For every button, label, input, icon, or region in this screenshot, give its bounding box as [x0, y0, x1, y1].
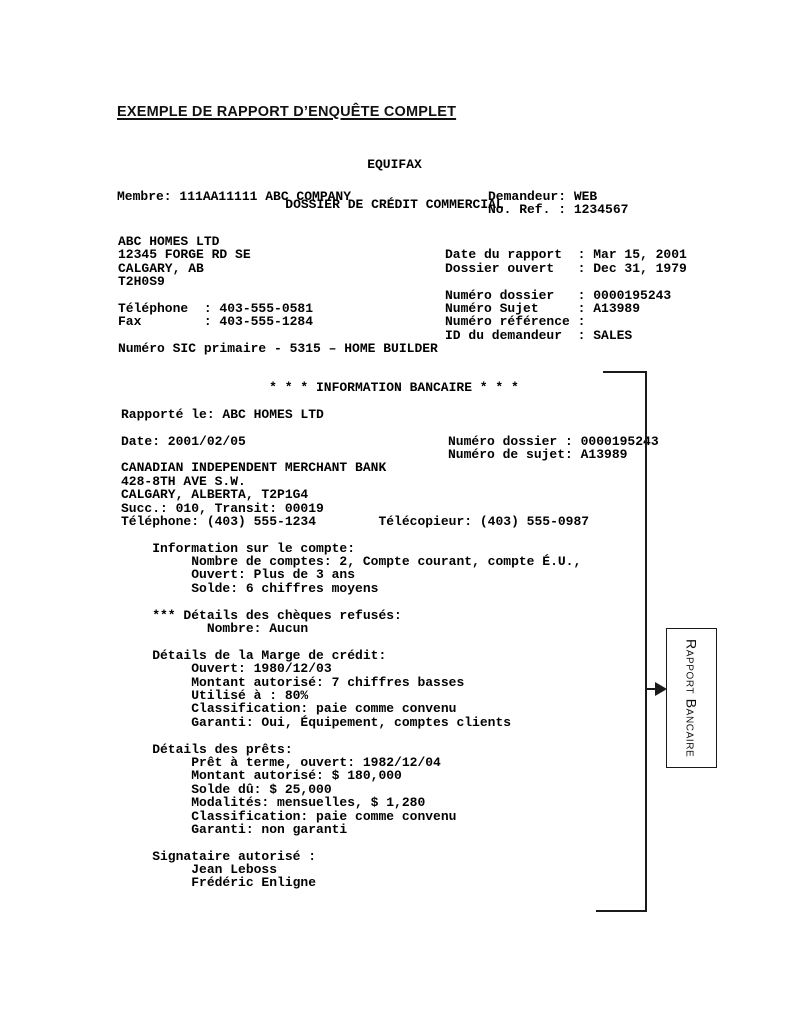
doc-line: Garanti: non garanti [121, 823, 667, 836]
doc-line-left: Ouvert: 1980/12/03 [121, 662, 332, 675]
doc-line-left: Utilisé à : 80% [121, 689, 308, 702]
doc-line-left: Montant autorisé: $ 180,000 [121, 769, 402, 782]
doc-line-left: T2H0S9 [118, 275, 165, 288]
doc-line: CANADIAN INDEPENDENT MERCHANT BANK [121, 461, 667, 474]
doc-line: Nombre: Aucun [121, 622, 667, 635]
doc-line-left: Téléphone : 403-555-0581 [118, 302, 313, 315]
doc-line: Solde dû: $ 25,000 [121, 783, 667, 796]
doc-line-right: Numéro référence : [445, 315, 585, 328]
doc-line-left: Détails de la Marge de crédit: [121, 649, 386, 662]
doc-line-left: Prêt à terme, ouvert: 1982/12/04 [121, 756, 441, 769]
doc-line: Ouvert: 1980/12/03 [121, 662, 667, 675]
doc-line-right: Numéro dossier : 0000195243 [445, 289, 671, 302]
doc-line-left: Solde dû: $ 25,000 [121, 783, 332, 796]
doc-line: Détails des prêts: [121, 743, 667, 756]
bracket-line-bottom [596, 910, 647, 912]
doc-line-left: Ouvert: Plus de 3 ans [121, 568, 355, 581]
doc-line: Utilisé à : 80% [121, 689, 667, 702]
doc-line-left: ABC HOMES LTD [118, 235, 219, 248]
doc-line-left: Signataire autorisé : [121, 850, 316, 863]
doc-line-left: CALGARY, AB [118, 262, 204, 275]
doc-line-right: Numéro Sujet : A13989 [445, 302, 640, 315]
doc-line-left: Téléphone: (403) 555-1234 Télécopieur: (… [121, 515, 589, 528]
bracket-line-vertical [645, 371, 647, 912]
doc-line [121, 421, 667, 434]
doc-line: Numéro de sujet: A13989 [121, 448, 667, 461]
rapport-bancaire-box: Rapport Bancaire [666, 628, 717, 768]
rapport-bancaire-label: Rapport Bancaire [684, 639, 700, 757]
doc-line: 428-8TH AVE S.W. [121, 475, 667, 488]
doc-line-right: Numéro de sujet: A13989 [448, 448, 627, 461]
doc-line-right: Demandeur: WEB [488, 190, 597, 203]
doc-line [121, 836, 667, 849]
bracket-line-top [603, 371, 647, 373]
doc-line [121, 595, 667, 608]
document-page: EXEMPLE DE RAPPORT D’ENQUÊTE COMPLET EQU… [0, 0, 791, 1024]
doc-line-left: Membre: 111AA11111 ABC COMPANY [117, 190, 351, 203]
doc-line-right: Numéro dossier : 0000195243 [448, 435, 659, 448]
doc-line-left: Date: 2001/02/05 [121, 435, 246, 448]
doc-line-left: Succ.: 010, Transit: 00019 [121, 502, 324, 515]
doc-line: Information sur le compte: [121, 542, 667, 555]
doc-line-left: CANADIAN INDEPENDENT MERCHANT BANK [121, 461, 386, 474]
doc-line-left: Garanti: non garanti [121, 823, 347, 836]
doc-line: Détails de la Marge de crédit: [121, 649, 667, 662]
doc-line [121, 729, 667, 742]
doc-line-left: Garanti: Oui, Équipement, comptes client… [121, 716, 511, 729]
doc-line-left: 428-8TH AVE S.W. [121, 475, 246, 488]
doc-line-right: Dossier ouvert : Dec 31, 1979 [445, 262, 687, 275]
doc-line [121, 635, 667, 648]
doc-line: Téléphone: (403) 555-1234 Télécopieur: (… [121, 515, 667, 528]
doc-line: Montant autorisé: $ 180,000 [121, 769, 667, 782]
doc-line-left: 12345 FORGE RD SE [118, 248, 251, 261]
doc-line: Jean Leboss [121, 863, 667, 876]
doc-line-left: Classification: paie comme convenu [121, 810, 456, 823]
doc-line: Classification: paie comme convenu [121, 810, 667, 823]
doc-line: CALGARY, ALBERTA, T2P1G4 [121, 488, 667, 501]
bank-information-section: * * * INFORMATION BANCAIRE * * *Rapporté… [121, 381, 667, 890]
doc-line: Ouvert: Plus de 3 ans [121, 568, 667, 581]
doc-line [121, 394, 667, 407]
doc-line: *** Détails des chèques refusés: [121, 609, 667, 622]
doc-line-left: Détails des prêts: [121, 743, 293, 756]
doc-line: Montant autorisé: 7 chiffres basses [121, 676, 667, 689]
org-name: EQUIFAX [118, 158, 671, 171]
report-title: EXEMPLE DE RAPPORT D’ENQUÊTE COMPLET [117, 104, 456, 120]
doc-line-left: Nombre: Aucun [121, 622, 308, 635]
doc-line: Date: 2001/02/05Numéro dossier : 0000195… [121, 435, 667, 448]
doc-line-left: Classification: paie comme convenu [121, 702, 456, 715]
doc-line-right: No. Ref. : 1234567 [488, 203, 628, 216]
doc-line: Nombre de comptes: 2, Compte courant, co… [121, 555, 667, 568]
doc-line-left: Information sur le compte: [121, 542, 355, 555]
doc-line: Succ.: 010, Transit: 00019 [121, 502, 667, 515]
doc-line-left: Modalités: mensuelles, $ 1,280 [121, 796, 425, 809]
doc-line-right: ID du demandeur : SALES [445, 329, 632, 342]
section-heading: * * * INFORMATION BANCAIRE * * * [121, 381, 667, 394]
doc-line-left: Montant autorisé: 7 chiffres basses [121, 676, 464, 689]
doc-line-left: CALGARY, ALBERTA, T2P1G4 [121, 488, 308, 501]
doc-line-right: Date du rapport : Mar 15, 2001 [445, 248, 687, 261]
doc-line: Prêt à terme, ouvert: 1982/12/04 [121, 756, 667, 769]
doc-line: Modalités: mensuelles, $ 1,280 [121, 796, 667, 809]
doc-line: Garanti: Oui, Équipement, comptes client… [121, 716, 667, 729]
doc-line-left: Jean Leboss [121, 863, 277, 876]
doc-line-left: *** Détails des chèques refusés: [121, 609, 402, 622]
doc-line: Signataire autorisé : [121, 850, 667, 863]
doc-line-left: Frédéric Enligne [121, 876, 316, 889]
doc-line-left: Fax : 403-555-1284 [118, 315, 313, 328]
doc-line-left: Numéro SIC primaire - 5315 – HOME BUILDE… [118, 342, 438, 355]
center-header: EQUIFAX DOSSIER DE CRÉDIT COMMERCIAL [118, 131, 671, 238]
doc-line-left: Rapporté le: ABC HOMES LTD [121, 408, 324, 421]
doc-line: Frédéric Enligne [121, 876, 667, 889]
doc-line: Solde: 6 chiffres moyens [121, 582, 667, 595]
doc-line-left: Solde: 6 chiffres moyens [121, 582, 378, 595]
doc-line: Classification: paie comme convenu [121, 702, 667, 715]
doc-line: Rapporté le: ABC HOMES LTD [121, 408, 667, 421]
doc-line-left: Nombre de comptes: 2, Compte courant, co… [121, 555, 581, 568]
doc-line [121, 528, 667, 541]
